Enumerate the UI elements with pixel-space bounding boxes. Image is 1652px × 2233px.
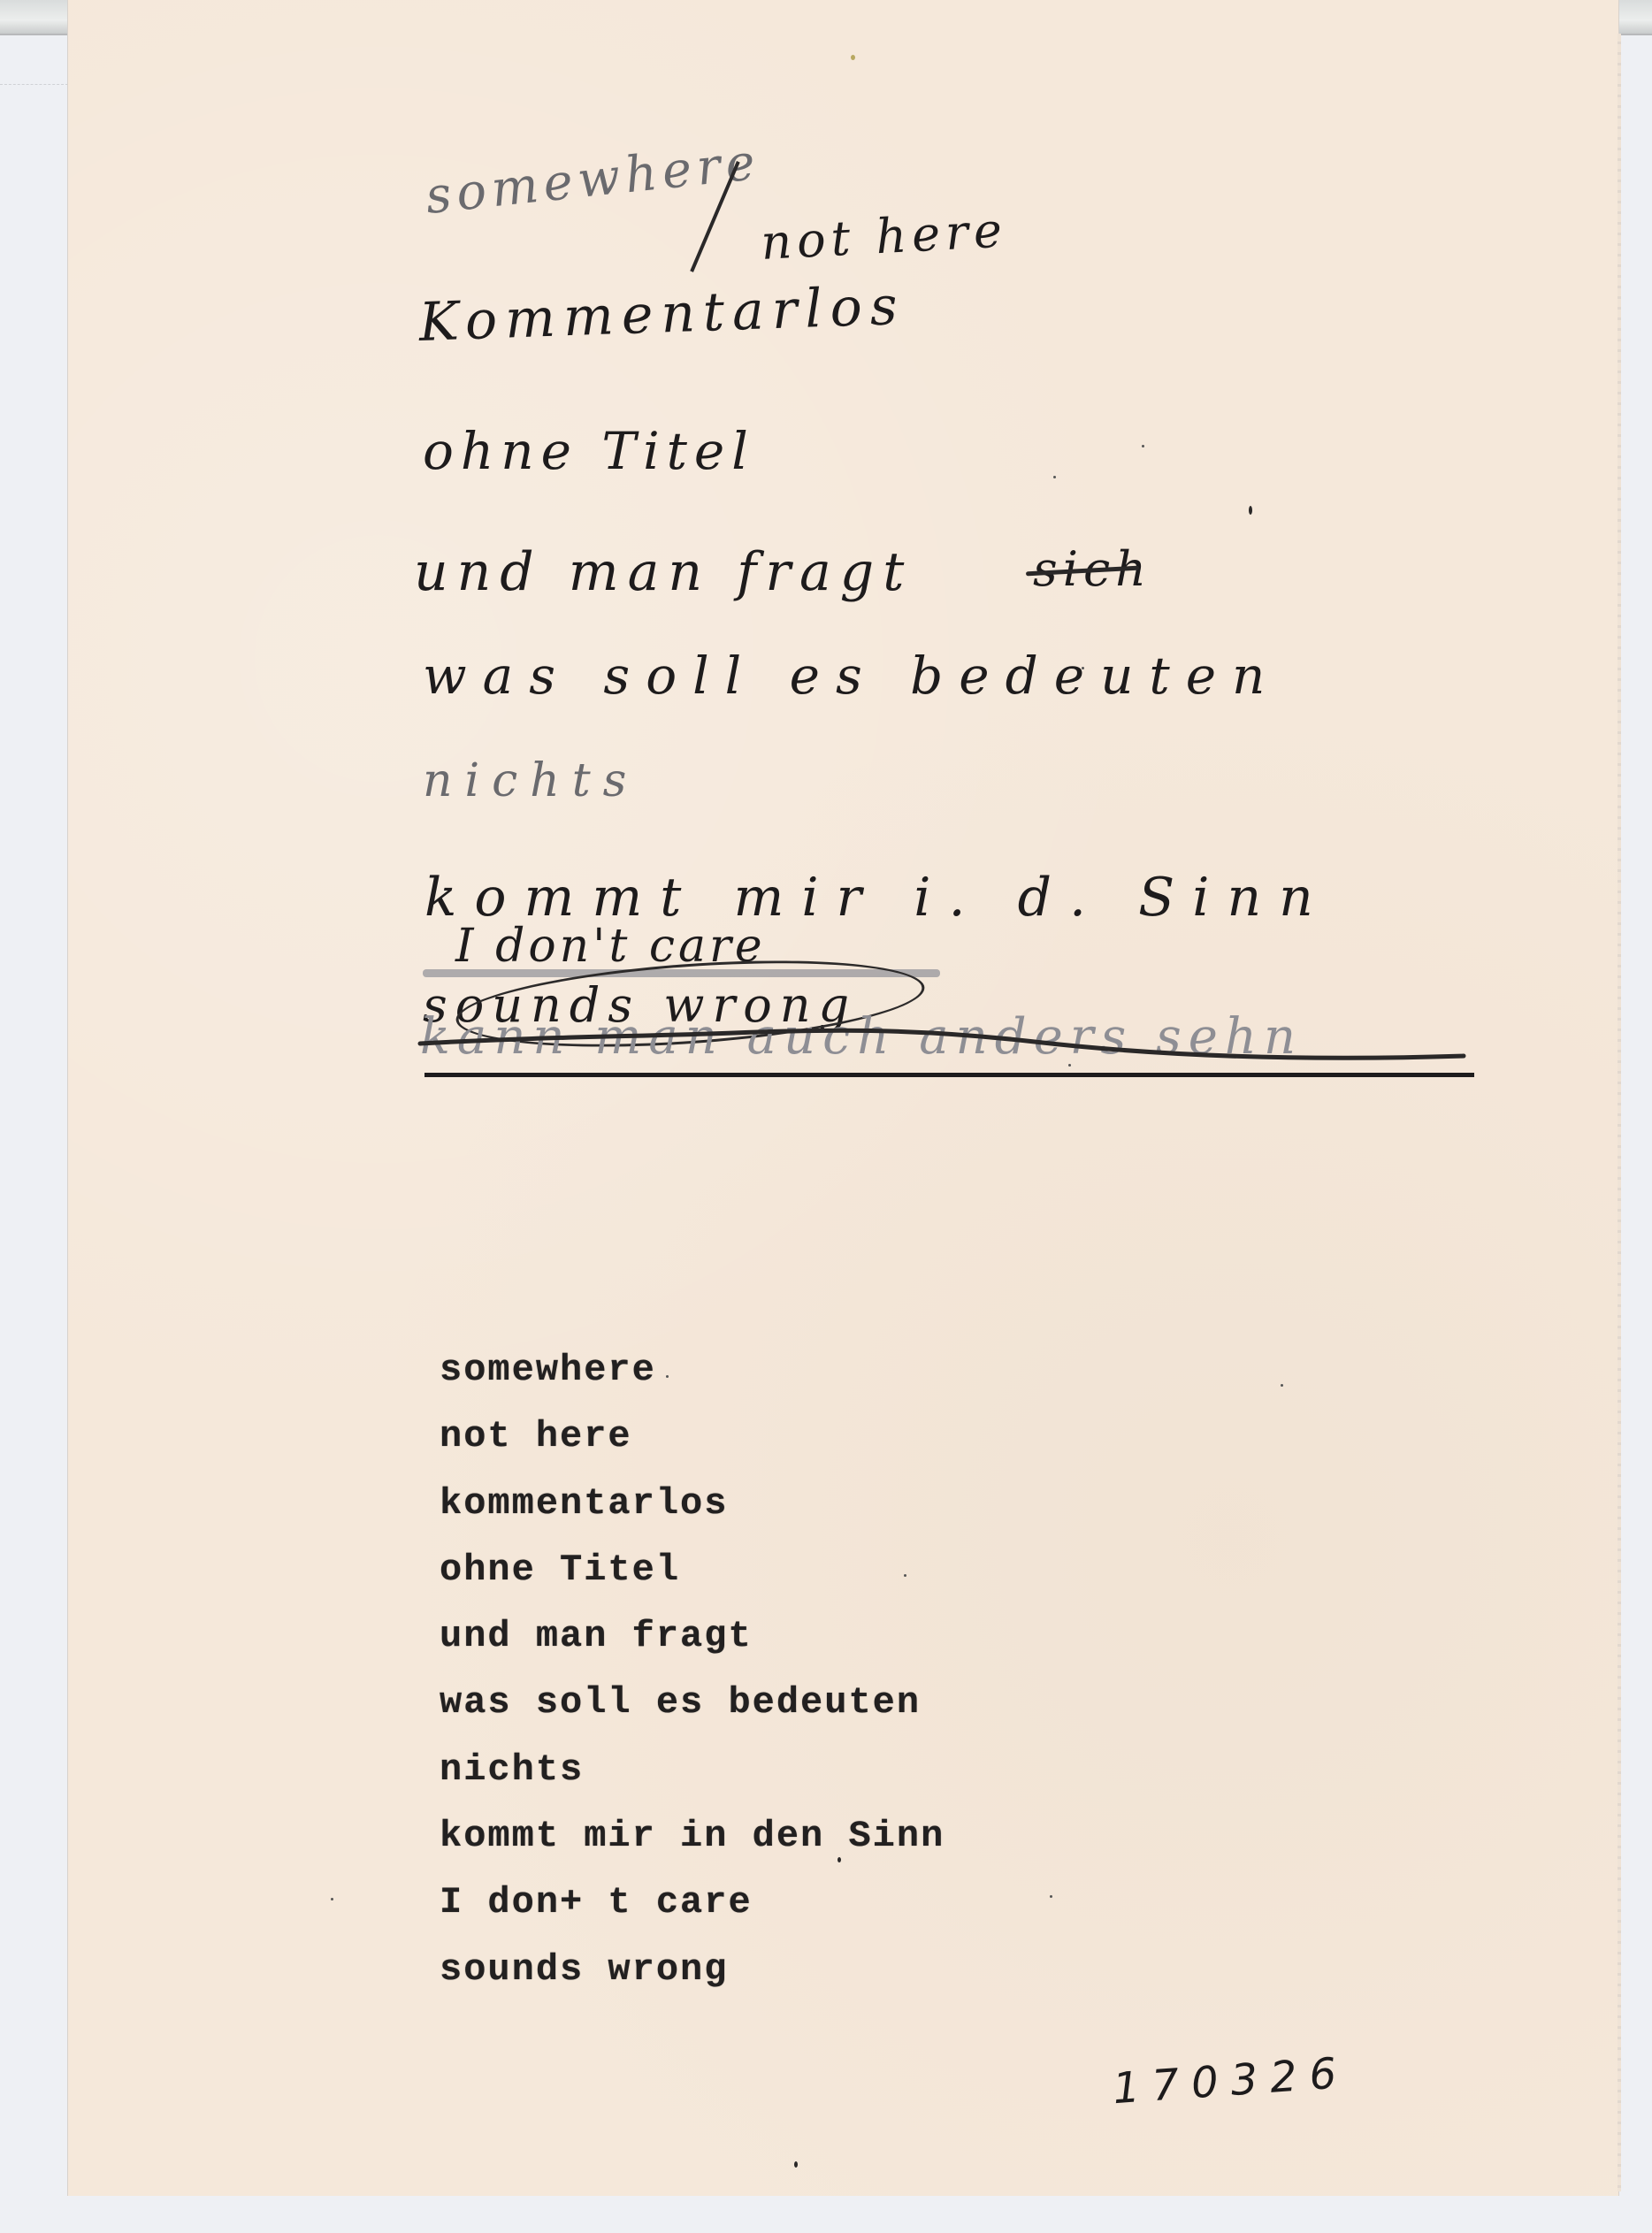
- typed-line: kommentarlos: [440, 1471, 945, 1537]
- typed-line: nichts: [440, 1737, 945, 1803]
- typed-line: somewhere: [440, 1337, 945, 1403]
- paper-speck: [1053, 476, 1056, 478]
- paper-speck: [851, 55, 855, 60]
- typed-line: I don+ t care: [440, 1870, 945, 1936]
- paper-speck: [331, 1898, 333, 1900]
- typed-line: was soll es bedeuten: [440, 1670, 945, 1736]
- typewritten-poem: somewhere not here kommentarlos ohne Tit…: [440, 1337, 945, 2003]
- scanner-bed-edge: [0, 84, 68, 88]
- hw-line-nichts: nichts: [423, 754, 639, 807]
- paper-speck: [1249, 506, 1252, 515]
- paper-speck: [794, 2161, 798, 2168]
- typed-line: und man fragt: [440, 1603, 945, 1670]
- hw-line-was-soll-es-bedeuten: was soll es bedeuten: [423, 646, 1281, 706]
- paper-speck: [1050, 1895, 1052, 1898]
- paper-speck: [1281, 1384, 1283, 1387]
- hw-line-ohne-titel: ohne Titel: [423, 421, 755, 481]
- paper-speck: [666, 1375, 669, 1378]
- paper-speck: [1068, 1064, 1071, 1067]
- typed-line: ohne Titel: [440, 1537, 945, 1603]
- horizontal-rule: [424, 1073, 1474, 1077]
- wavy-strikethrough: [416, 1017, 1477, 1070]
- typed-line: not here: [440, 1403, 945, 1470]
- hw-line-und-man-fragt: und man fragt: [414, 541, 913, 603]
- typed-line: kommt mir in den Sinn: [440, 1803, 945, 1870]
- paper-speck: [1142, 445, 1144, 447]
- paper-speck: [904, 1574, 906, 1577]
- typed-line: sounds wrong: [440, 1937, 945, 2003]
- paper-speck: [837, 1857, 841, 1862]
- torn-paper-edge: [1618, 34, 1621, 2191]
- paper-speck: [1082, 667, 1084, 669]
